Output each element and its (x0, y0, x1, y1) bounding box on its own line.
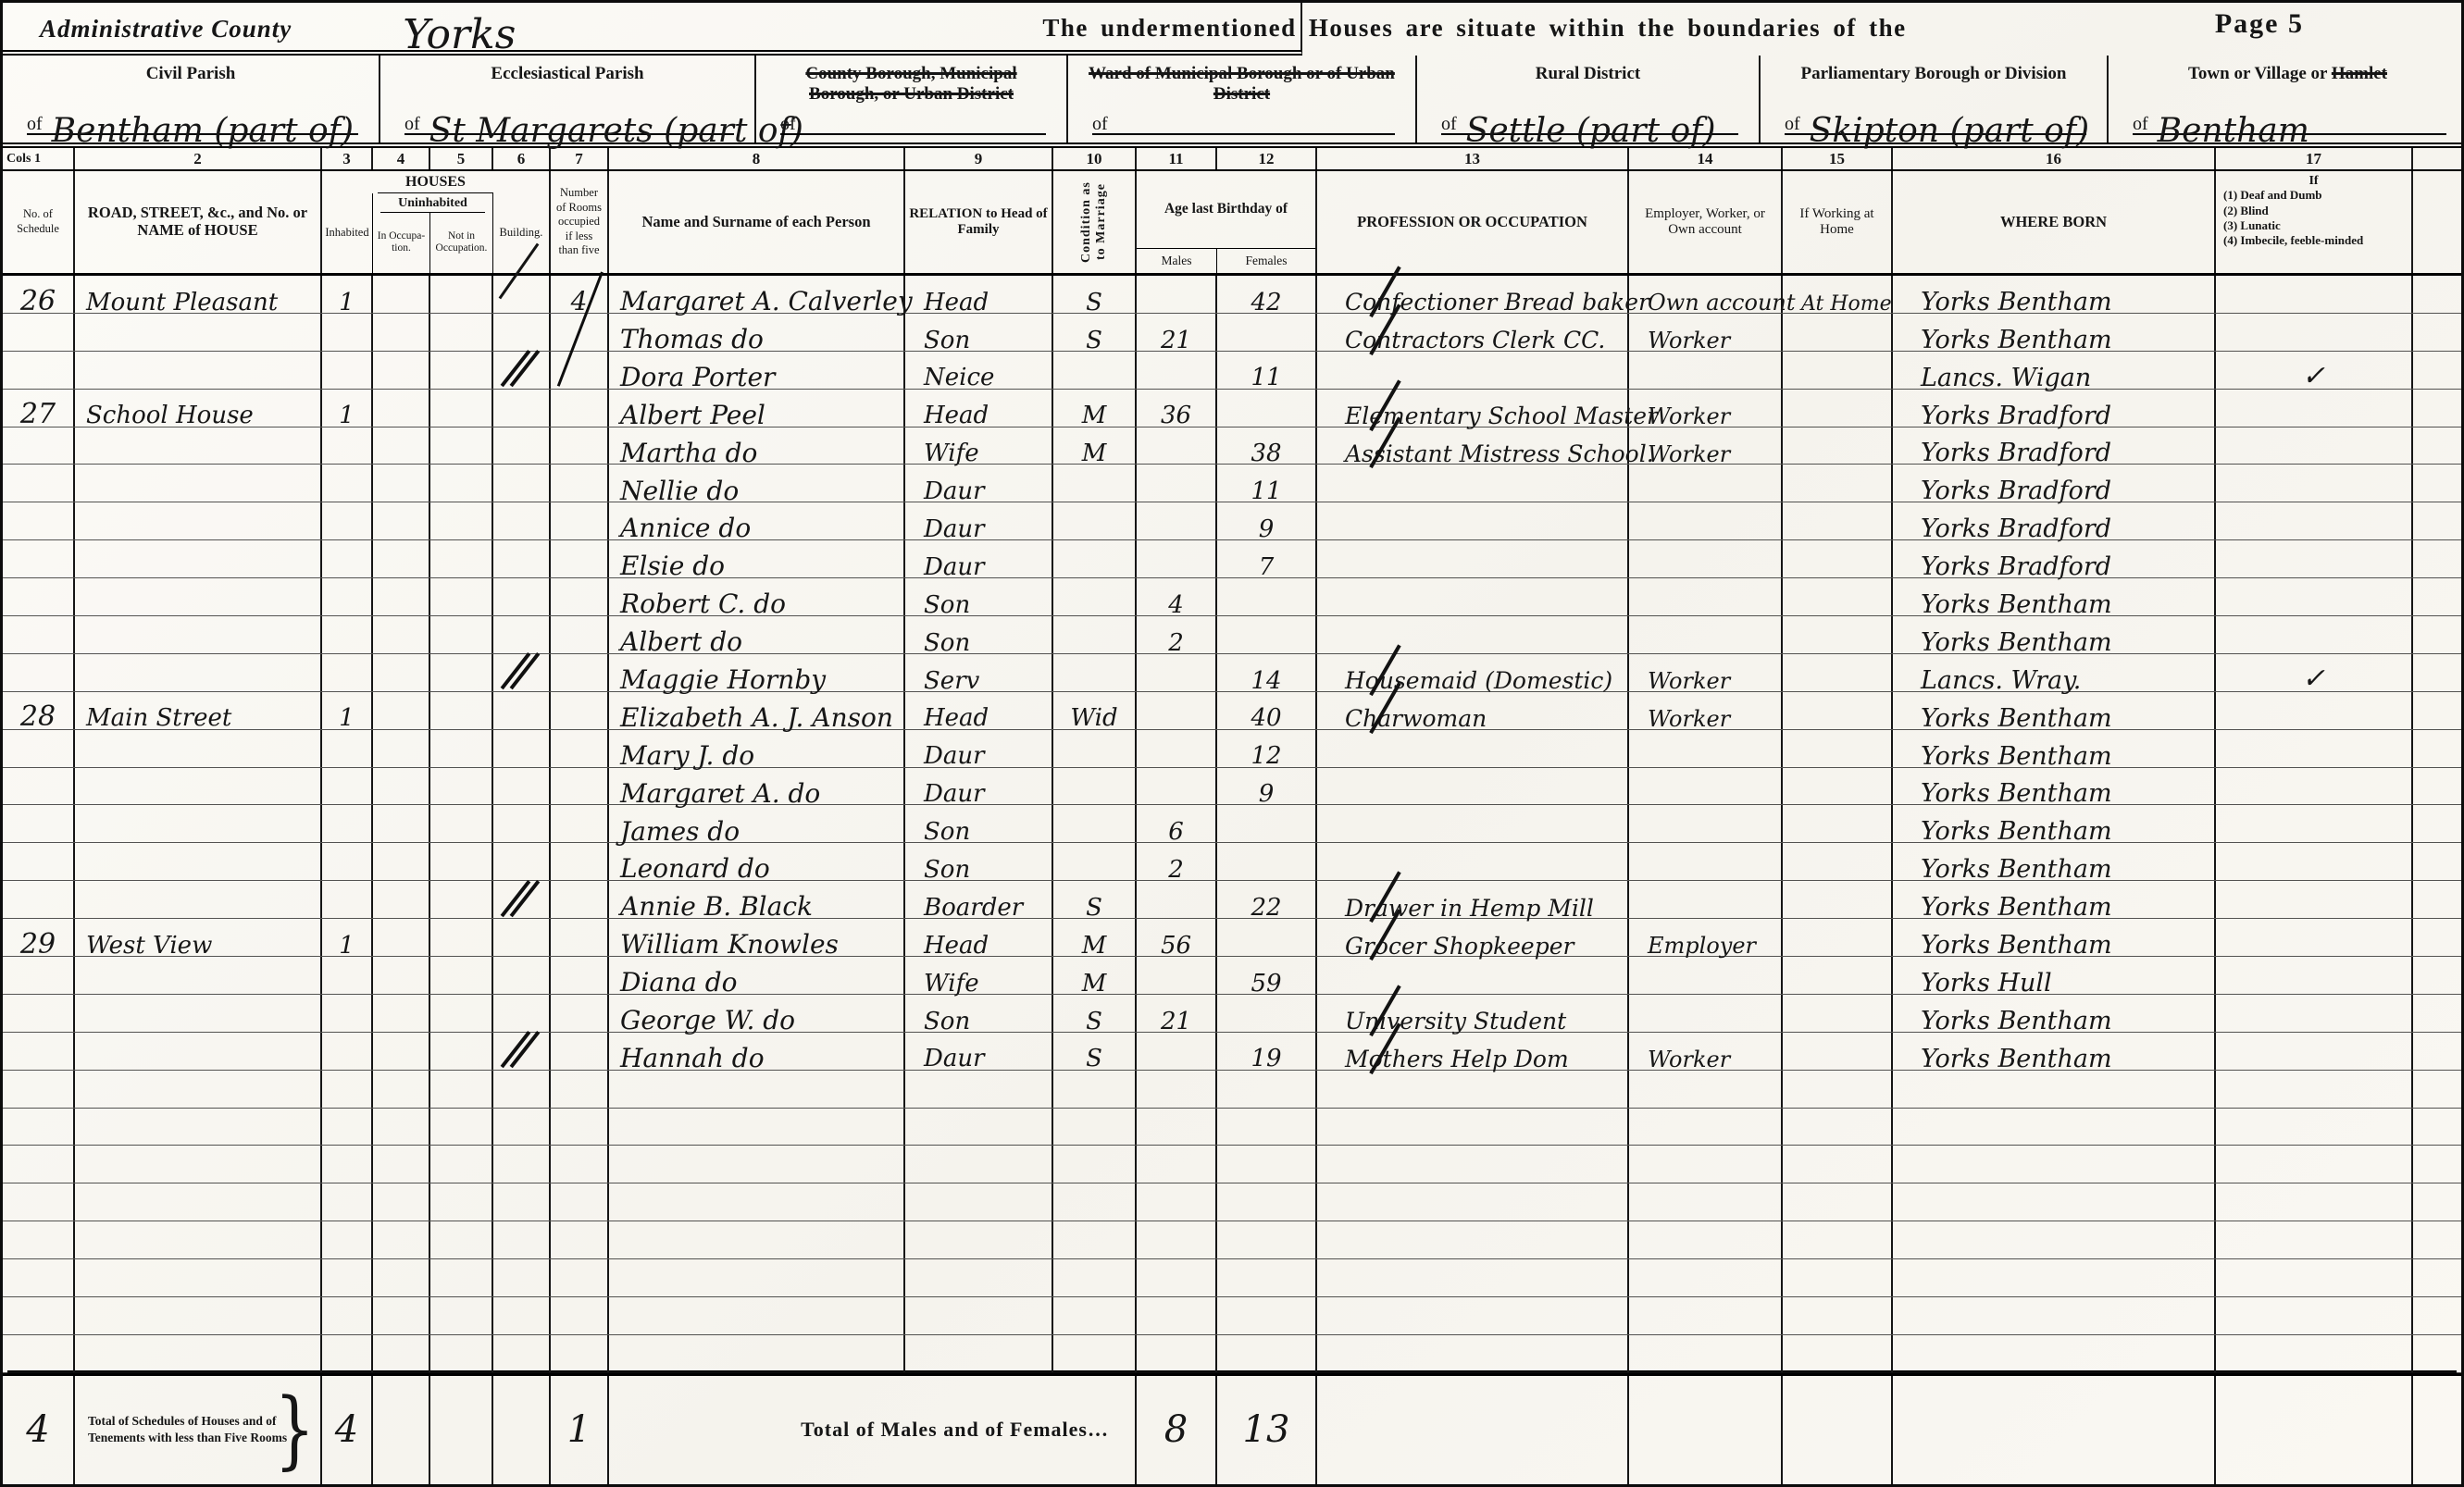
cell-at-home (1783, 881, 1893, 918)
cell-relation: Daur (905, 540, 1053, 577)
cell-margin (2413, 1259, 2464, 1296)
cell-inhabited (322, 995, 373, 1032)
cell-name (609, 1259, 905, 1296)
col-num-15: 15 (1783, 148, 1893, 169)
cell-in-occupation (373, 616, 430, 653)
civil-parish-section: Civil Parish ofBentham (part of) (3, 56, 379, 143)
cell-occupation (1317, 1259, 1629, 1296)
cell-inhabited (322, 428, 373, 465)
cell-age-male: 36 (1137, 390, 1217, 427)
cell-occupation: Grocer Shopkeeper (1317, 919, 1629, 956)
cell-schedule: 29 (3, 919, 75, 956)
cell-employer: Own account (1629, 276, 1783, 313)
cell-infirmity (2216, 1259, 2413, 1296)
cell-building (493, 1109, 551, 1146)
cell-age-female (1217, 1335, 1317, 1372)
cell-rooms: 4 (551, 276, 609, 313)
col-num-4: 4 (373, 148, 430, 169)
cell-building (493, 730, 551, 767)
cell-inhabited (322, 1183, 373, 1221)
cell-in-occupation (373, 1221, 430, 1258)
cell-margin (2413, 1183, 2464, 1221)
cell-at-home (1783, 1183, 1893, 1221)
cell-inhabited: 1 (322, 276, 373, 313)
cell-at-home (1783, 1259, 1893, 1296)
cell-margin (2413, 957, 2464, 994)
cell-occupation (1317, 540, 1629, 577)
cell-not-occupation (430, 578, 493, 615)
col-num-6: 6 (493, 148, 551, 169)
cell-at-home (1783, 390, 1893, 427)
col-num-margin (2413, 148, 2464, 169)
cell-margin (2413, 1033, 2464, 1070)
table-row: Albert doSon2Yorks Bentham (3, 616, 2461, 654)
cell-inhabited (322, 1109, 373, 1146)
parliamentary-borough-label: Parliamentary Borough or Division (1761, 64, 2107, 84)
cell-not-occupation (430, 919, 493, 956)
col-num-8: 8 (609, 148, 905, 169)
col-header-in-occupation: In Occupa­tion. (373, 213, 430, 273)
col-header-relation: RELATION to Head of Family (905, 171, 1053, 273)
cell-age-female: 14 (1217, 654, 1317, 691)
cell-margin (2413, 692, 2464, 729)
cell-age-male: 21 (1137, 314, 1217, 351)
county-borough-section: County Borough, Municipal Borough, or Ur… (754, 56, 1066, 143)
cell-in-occupation (373, 1109, 430, 1146)
cell-inhabited (322, 957, 373, 994)
cell-infirmity (2216, 1146, 2413, 1183)
cell-age-female (1217, 1221, 1317, 1258)
cell-name: Hannah do (609, 1033, 905, 1070)
cell-rooms (551, 1183, 609, 1221)
cell-at-home (1783, 502, 1893, 539)
cell-margin (2413, 881, 2464, 918)
hamlet-struck-word: Hamlet (2332, 64, 2387, 83)
table-row: Hannah doDaurS19Mothers Help DomWorkerYo… (3, 1033, 2461, 1071)
cell-occupation: Drawer in Hemp Mill (1317, 881, 1629, 918)
cell-rooms (551, 1033, 609, 1070)
cell-inhabited (322, 843, 373, 880)
ecclesiastical-parish-label: Ecclesiastical Parish (380, 64, 754, 84)
cell-employer (1629, 1071, 1783, 1108)
cell-born: Lancs. Wray. (1893, 654, 2216, 691)
cell-employer (1629, 1297, 1783, 1334)
cell-rooms (551, 881, 609, 918)
cell-age-female (1217, 843, 1317, 880)
cell-infirmity (2216, 1335, 2413, 1372)
cell-infirmity (2216, 881, 2413, 918)
cell-in-occupation (373, 843, 430, 880)
cell-not-occupation (430, 881, 493, 918)
cell-inhabited (322, 465, 373, 502)
cell-margin (2413, 352, 2464, 389)
cell-at-home (1783, 1297, 1893, 1334)
cell-employer (1629, 1109, 1783, 1146)
cell-house (75, 957, 322, 994)
total-females-value: 13 (1217, 1376, 1317, 1484)
table-row (3, 1109, 2461, 1146)
parish-band: Civil Parish ofBentham (part of) Ecclesi… (3, 56, 2461, 148)
col-header-occupation: PROFESSION OR OCCUPATION (1317, 171, 1629, 273)
cell-relation: Son (905, 995, 1053, 1032)
civil-parish-value: Bentham (part of) (52, 121, 354, 142)
cell-margin (2413, 616, 2464, 653)
totals-label: Total of Schedules of Houses and of Tene… (88, 1413, 296, 1446)
cell-inhabited (322, 1071, 373, 1108)
cell-schedule (3, 1071, 75, 1108)
cell-inhabited (322, 578, 373, 615)
col-header-working-at-home: If Working at Home (1783, 171, 1893, 273)
cell-schedule (3, 540, 75, 577)
cell-building (493, 314, 551, 351)
cell-at-home (1783, 314, 1893, 351)
col-num-14: 14 (1629, 148, 1783, 169)
cell-margin (2413, 1071, 2464, 1108)
cell-in-occupation (373, 428, 430, 465)
cell-infirmity (2216, 1071, 2413, 1108)
cell-occupation: Housemaid (Domestic) (1317, 654, 1629, 691)
cell-age-male (1137, 881, 1217, 918)
cell-name: Elsie do (609, 540, 905, 577)
cell-condition (1053, 1221, 1137, 1258)
cell-at-home (1783, 919, 1893, 956)
cell-age-male (1137, 1297, 1217, 1334)
cell-condition (1053, 1109, 1137, 1146)
cell-employer (1629, 352, 1783, 389)
cell-in-occupation (373, 1033, 430, 1070)
col-num-12: 12 (1217, 148, 1317, 169)
cell-employer: Worker (1629, 390, 1783, 427)
cell-margin (2413, 1221, 2464, 1258)
cell-occupation (1317, 616, 1629, 653)
cell-inhabited (322, 616, 373, 653)
cell-not-occupation (430, 616, 493, 653)
table-row: Martha doWifeM38Assistant Mistress Schoo… (3, 428, 2461, 465)
cell-employer (1629, 540, 1783, 577)
cell-born (1893, 1335, 2216, 1372)
cell-name: Annie B. Black (609, 881, 905, 918)
cell-building (493, 843, 551, 880)
cell-building (493, 881, 551, 918)
cell-occupation (1317, 957, 1629, 994)
cell-age-male (1137, 428, 1217, 465)
cell-in-occupation (373, 1146, 430, 1183)
cell-at-home (1783, 1033, 1893, 1070)
cell-not-occupation (430, 805, 493, 842)
cell-infirmity (2216, 616, 2413, 653)
cell-rooms (551, 692, 609, 729)
cell-relation (905, 1297, 1053, 1334)
cell-age-male (1137, 1221, 1217, 1258)
cell-occupation (1317, 843, 1629, 880)
cell-schedule: 28 (3, 692, 75, 729)
cell-born: Yorks Bradford (1893, 502, 2216, 539)
cell-condition (1053, 616, 1137, 653)
cell-building (493, 654, 551, 691)
col-header-condition: Condition as to Marriage (1053, 171, 1137, 273)
cell-relation: Daur (905, 730, 1053, 767)
cell-schedule (3, 654, 75, 691)
cell-schedule (3, 768, 75, 805)
cell-rooms (551, 390, 609, 427)
cell-name: Elizabeth A. J. Anson (609, 692, 905, 729)
cell-infirmity: ✓ (2216, 654, 2413, 691)
cell-at-home (1783, 616, 1893, 653)
cell-infirmity (2216, 730, 2413, 767)
cell-condition (1053, 1259, 1137, 1296)
cell-age-female (1217, 314, 1317, 351)
cell-infirmity (2216, 540, 2413, 577)
cell-age-female (1217, 1183, 1317, 1221)
cell-inhabited (322, 352, 373, 389)
cell-occupation (1317, 730, 1629, 767)
cell-not-occupation (430, 768, 493, 805)
cell-in-occupation (373, 352, 430, 389)
cell-name: Mary J. do (609, 730, 905, 767)
cell-in-occupation (373, 465, 430, 502)
cell-employer (1629, 1146, 1783, 1183)
table-row: Maggie HornbyServ14Housemaid (Domestic)W… (3, 654, 2461, 692)
cell-age-female: 11 (1217, 465, 1317, 502)
col-header-margin (2413, 171, 2464, 273)
cell-rooms (551, 616, 609, 653)
cell-schedule (3, 314, 75, 351)
cell-not-occupation (430, 1109, 493, 1146)
cell-relation: Boarder (905, 881, 1053, 918)
cell-infirmity (2216, 1109, 2413, 1146)
cell-infirmity (2216, 276, 2413, 313)
cell-schedule: 27 (3, 390, 75, 427)
cell-age-male: 56 (1137, 919, 1217, 956)
cell-name: William Knowles (609, 919, 905, 956)
cell-building (493, 276, 551, 313)
cell-age-male (1137, 540, 1217, 577)
cell-at-home (1783, 995, 1893, 1032)
cell-house (75, 730, 322, 767)
cell-age-male (1137, 692, 1217, 729)
cell-relation: Neice (905, 352, 1053, 389)
cell-relation: Wife (905, 957, 1053, 994)
cell-schedule (3, 1109, 75, 1146)
cell-born: Yorks Bentham (1893, 692, 2216, 729)
cell-occupation (1317, 1335, 1629, 1372)
cell-at-home (1783, 578, 1893, 615)
cell-age-male (1137, 1146, 1217, 1183)
table-row: George W. doSonS21University StudentYork… (3, 995, 2461, 1033)
cell-rooms (551, 1297, 609, 1334)
cell-inhabited: 1 (322, 692, 373, 729)
cell-employer (1629, 805, 1783, 842)
cell-condition (1053, 654, 1137, 691)
cell-inhabited (322, 1146, 373, 1183)
cell-infirmity (2216, 314, 2413, 351)
cell-employer (1629, 768, 1783, 805)
cell-condition (1053, 730, 1137, 767)
col-num-9: 9 (905, 148, 1053, 169)
cell-born (1893, 1071, 2216, 1108)
cell-employer (1629, 465, 1783, 502)
cell-in-occupation (373, 768, 430, 805)
cell-age-male (1137, 1033, 1217, 1070)
cell-margin (2413, 502, 2464, 539)
totals-label-cell: Total of Schedules of Houses and of Tene… (75, 1376, 322, 1484)
cell-margin (2413, 390, 2464, 427)
cell-condition: S (1053, 995, 1137, 1032)
table-row: 27School House1Albert PeelHeadM36Element… (3, 390, 2461, 428)
cell-house (75, 1221, 322, 1258)
cell-employer: Worker (1629, 314, 1783, 351)
cell-at-home (1783, 692, 1893, 729)
cell-age-male: 4 (1137, 578, 1217, 615)
cell-infirmity: ✓ (2216, 352, 2413, 389)
cell-age-female (1217, 1259, 1317, 1296)
cell-schedule (3, 352, 75, 389)
cell-in-occupation (373, 995, 430, 1032)
cell-house (75, 1183, 322, 1221)
cell-building (493, 1146, 551, 1183)
table-row (3, 1335, 2461, 1373)
cell-inhabited: 1 (322, 390, 373, 427)
cell-employer (1629, 957, 1783, 994)
cell-condition (1053, 1146, 1137, 1183)
cell-house (75, 1297, 322, 1334)
cell-name: Margaret A. do (609, 768, 905, 805)
cell-age-male (1137, 502, 1217, 539)
cell-margin (2413, 314, 2464, 351)
cell-rooms (551, 465, 609, 502)
table-row: 26Mount Pleasant14Margaret A. CalverleyH… (3, 276, 2461, 314)
rural-district-value: Settle (part of) (1466, 121, 1716, 142)
cell-schedule (3, 957, 75, 994)
cell-occupation (1317, 1071, 1629, 1108)
cell-born (1893, 1183, 2216, 1221)
cell-employer: Employer (1629, 919, 1783, 956)
cell-age-male (1137, 1109, 1217, 1146)
cell-condition (1053, 768, 1137, 805)
cell-name: Maggie Hornby (609, 654, 905, 691)
cell-building (493, 428, 551, 465)
table-row: 28Main Street1Elizabeth A. J. AnsonHeadW… (3, 692, 2461, 730)
cell-occupation (1317, 1221, 1629, 1258)
cell-house (75, 540, 322, 577)
cell-age-male (1137, 1259, 1217, 1296)
cell-margin (2413, 805, 2464, 842)
cell-employer (1629, 616, 1783, 653)
cell-in-occupation (373, 1259, 430, 1296)
cell-rooms (551, 1335, 609, 1372)
cell-infirmity (2216, 1033, 2413, 1070)
cell-relation (905, 1071, 1053, 1108)
cell-relation: Son (905, 578, 1053, 615)
cell-age-female (1217, 1297, 1317, 1334)
total-inhabited-value: 4 (322, 1376, 373, 1484)
cell-at-home (1783, 465, 1893, 502)
cell-age-female (1217, 390, 1317, 427)
cell-rooms (551, 654, 609, 691)
cell-employer (1629, 730, 1783, 767)
cell-not-occupation (430, 1335, 493, 1372)
cell-not-occupation (430, 352, 493, 389)
cell-infirmity (2216, 843, 2413, 880)
cell-name: James do (609, 805, 905, 842)
cell-age-female (1217, 616, 1317, 653)
cell-house (75, 654, 322, 691)
cell-condition: M (1053, 919, 1137, 956)
col-header-age-males: Males (1137, 249, 1217, 273)
cell-infirmity (2216, 768, 2413, 805)
cell-name: Martha do (609, 428, 905, 465)
cell-in-occupation (373, 919, 430, 956)
cell-age-female: 42 (1217, 276, 1317, 313)
cell-building (493, 1183, 551, 1221)
cell-age-male (1137, 465, 1217, 502)
cell-name (609, 1335, 905, 1372)
census-rows: 26Mount Pleasant14Margaret A. CalverleyH… (3, 276, 2461, 1373)
cell-at-home (1783, 1146, 1893, 1183)
cell-relation: Daur (905, 502, 1053, 539)
cell-house: Main Street (75, 692, 322, 729)
cell-age-male: 6 (1137, 805, 1217, 842)
total-rooms-value: 1 (551, 1376, 609, 1484)
col-header-building: Building. (493, 193, 549, 273)
cell-condition (1053, 1071, 1137, 1108)
household-end-mark (509, 656, 533, 688)
cell-not-occupation (430, 1146, 493, 1183)
cell-condition (1053, 1183, 1137, 1221)
table-row: Robert C. doSon4Yorks Bentham (3, 578, 2461, 616)
cell-name (609, 1146, 905, 1183)
cell-age-female: 19 (1217, 1033, 1317, 1070)
cell-house: Mount Pleasant (75, 276, 322, 313)
cell-age-female: 12 (1217, 730, 1317, 767)
cell-condition (1053, 805, 1137, 842)
cell-margin (2413, 1146, 2464, 1183)
cell-occupation: Charwoman (1317, 692, 1629, 729)
cell-inhabited (322, 1335, 373, 1372)
cell-rooms (551, 995, 609, 1032)
cell-not-occupation (430, 1033, 493, 1070)
cell-building (493, 1259, 551, 1296)
cell-rooms (551, 843, 609, 880)
cell-in-occupation (373, 654, 430, 691)
cell-occupation (1317, 1109, 1629, 1146)
cell-age-male (1137, 730, 1217, 767)
cell-born: Yorks Bentham (1893, 616, 2216, 653)
cell-occupation (1317, 1146, 1629, 1183)
census-page: Administrative County Yorks The undermen… (0, 0, 2464, 1487)
cell-name: Albert do (609, 616, 905, 653)
cell-rooms (551, 730, 609, 767)
cell-name: Thomas do (609, 314, 905, 351)
cell-age-female: 9 (1217, 502, 1317, 539)
table-row (3, 1259, 2461, 1297)
cell-building (493, 1033, 551, 1070)
cell-in-occupation (373, 1071, 430, 1108)
cell-schedule (3, 1221, 75, 1258)
cell-rooms (551, 768, 609, 805)
cell-relation: Head (905, 919, 1053, 956)
cell-relation (905, 1146, 1053, 1183)
cell-inhabited (322, 502, 373, 539)
cell-inhabited (322, 881, 373, 918)
cell-at-home (1783, 1071, 1893, 1108)
cell-born (1893, 1109, 2216, 1146)
cell-relation: Head (905, 692, 1053, 729)
cell-age-female: 40 (1217, 692, 1317, 729)
cell-in-occupation (373, 540, 430, 577)
col-header-uninhabited-group: Uninhabited In Occupa­tion. Not in Occup… (373, 193, 493, 273)
cell-inhabited (322, 540, 373, 577)
